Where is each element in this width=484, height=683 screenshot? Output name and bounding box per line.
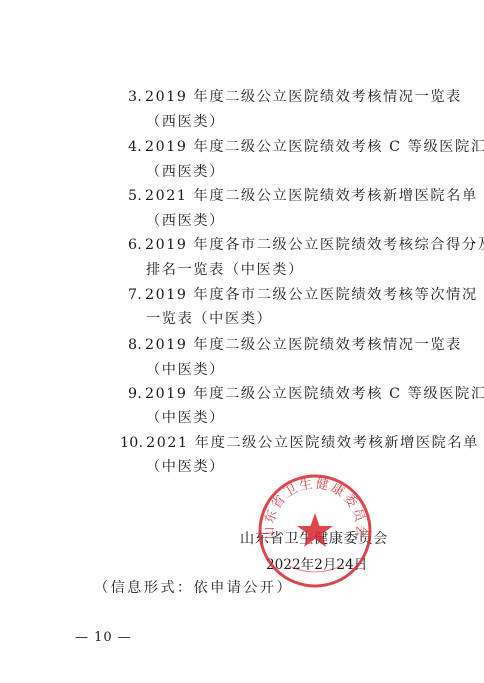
list-item-10-category: （中医类） bbox=[146, 458, 225, 476]
item-title: 2019 年度二级公立医院绩效考核 C 等级医院汇总表 bbox=[145, 139, 484, 155]
list-item-9-category: （中医类） bbox=[146, 409, 225, 427]
list-item-5-category: （西医类） bbox=[146, 212, 225, 230]
list-item-9: 9.2019 年度二级公立医院绩效考核 C 等级医院汇总表 bbox=[128, 385, 484, 403]
disclosure-type: （信息形式：依申请公开） bbox=[94, 577, 293, 597]
item-number: 3. bbox=[128, 89, 142, 105]
list-item-6: 6.2019 年度各市二级公立医院绩效考核综合得分及 bbox=[128, 236, 484, 254]
list-item-10: 10.2021 年度二级公立医院绩效考核新增医院名单 bbox=[120, 434, 479, 452]
item-title: 2019 年度二级公立医院绩效考核情况一览表 bbox=[145, 89, 462, 105]
item-number: 5. bbox=[128, 188, 142, 204]
list-item-7-continuation: 一览表（中医类） bbox=[146, 310, 272, 328]
list-item-6-continuation: 排名一览表（中医类） bbox=[146, 261, 304, 279]
item-number: 9. bbox=[128, 386, 142, 402]
list-item-4: 4.2019 年度二级公立医院绩效考核 C 等级医院汇总表 bbox=[128, 138, 484, 156]
list-item-3: 3.2019 年度二级公立医院绩效考核情况一览表 bbox=[128, 88, 462, 106]
item-title: 2019 年度各市二级公立医院绩效考核综合得分及 bbox=[145, 237, 484, 253]
item-title: 2021 年度二级公立医院绩效考核新增医院名单 bbox=[145, 188, 478, 204]
item-number: 10. bbox=[120, 435, 143, 451]
list-item-3-category: （西医类） bbox=[146, 113, 225, 131]
list-item-8-category: （中医类） bbox=[146, 361, 225, 379]
issuing-organization: 山东省卫生健康委员会 bbox=[240, 528, 388, 548]
document-page: 3.2019 年度二级公立医院绩效考核情况一览表 （西医类） 4.2019 年度… bbox=[0, 0, 484, 683]
list-item-5: 5.2021 年度二级公立医院绩效考核新增医院名单 bbox=[128, 187, 478, 205]
page-number: — 10 — bbox=[75, 630, 132, 645]
item-number: 6. bbox=[128, 237, 142, 253]
item-number: 8. bbox=[128, 337, 142, 353]
item-number: 7. bbox=[128, 287, 142, 303]
issue-date: 2022年2月24日 bbox=[266, 553, 367, 573]
item-title: 2021 年度二级公立医院绩效考核新增医院名单 bbox=[146, 435, 479, 451]
item-title: 2019 年度各市二级公立医院绩效考核等次情况 bbox=[145, 287, 478, 303]
item-title: 2019 年度二级公立医院绩效考核 C 等级医院汇总表 bbox=[145, 386, 484, 402]
list-item-7: 7.2019 年度各市二级公立医院绩效考核等次情况 bbox=[128, 286, 478, 304]
list-item-8: 8.2019 年度二级公立医院绩效考核情况一览表 bbox=[128, 336, 462, 354]
item-title: 2019 年度二级公立医院绩效考核情况一览表 bbox=[145, 337, 462, 353]
list-item-4-category: （西医类） bbox=[146, 163, 225, 181]
item-number: 4. bbox=[128, 139, 142, 155]
